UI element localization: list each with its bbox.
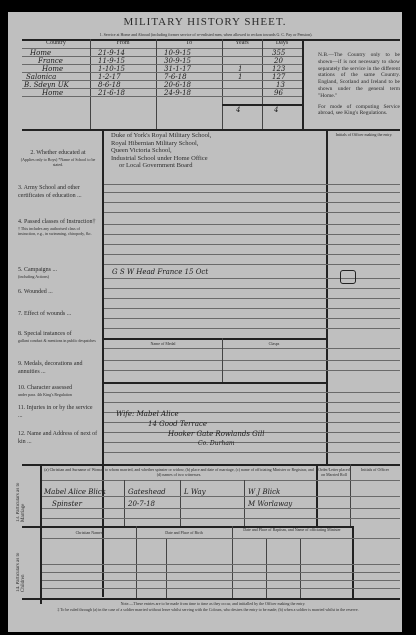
col-header-country: Country	[22, 40, 90, 46]
col-header-days: Days	[262, 40, 302, 46]
marriage-caption: (a) Christian and Surname of Woman to wh…	[44, 467, 314, 477]
next-of-kin-line2: 14 Good Terrace	[148, 420, 207, 428]
children-header-names: Christian Names	[42, 530, 136, 535]
section-4-label: 4. Passed classes of Instruction† † This…	[18, 218, 98, 236]
page-title: MILITARY HISTORY SHEET.	[8, 16, 402, 28]
nb-note: N.B.—The Country only to be shown—if is …	[318, 52, 400, 117]
total-years: 4	[236, 106, 240, 114]
next-of-kin-line3: Hooker Gate Rowlands Gill	[168, 430, 264, 438]
section1-caption: 1. Service at Home and Abroad (including…	[26, 32, 386, 37]
section-11-label: 11. Injuries in or by the service ...	[18, 404, 98, 420]
section-12-label: 12. Name and Address of next of kin ...	[18, 430, 98, 446]
marriage-side-label: 13. Particulars as to Marriage	[16, 482, 36, 522]
military-history-sheet: MILITARY HISTORY SHEET. 1. Service at Ho…	[8, 12, 402, 632]
marriage-initials-header: Initials of Officer	[352, 467, 398, 472]
children-header-birth: Date and Place of Birth	[136, 530, 232, 535]
schools-list: Duke of York's Royal Military School, Ro…	[111, 132, 211, 170]
total-days: 4	[274, 106, 278, 114]
next-of-kin-line1: Wife: Mabel Alice	[116, 410, 179, 418]
section-5-label: 5. Campaigns ... (including Actions)	[18, 266, 98, 279]
footer-footnote: ‡ To be ruled through (a) in the case of…	[38, 607, 378, 612]
section-2-label: 2. Whether educated at (Applies only to …	[18, 149, 98, 167]
children-side-label: 14. Particulars as to Children	[16, 542, 36, 592]
section-3-label: 3. Army School and other certificates of…	[18, 184, 98, 200]
footer-note: Note.—These entries are to be made from …	[48, 601, 378, 606]
medal-clasps-header: Clasps	[222, 341, 326, 346]
children-header-baptism: Date and Place of Baptism, and Name of o…	[234, 527, 350, 532]
campaign-entry: G S W Head France 15 Oct	[112, 268, 208, 276]
medal-name-header: Name of Medal	[104, 341, 222, 346]
col-header-years: Years	[222, 40, 262, 46]
officer-initials-stamp	[340, 270, 356, 284]
col-header-to: To	[156, 40, 222, 46]
col-header-from: From	[90, 40, 156, 46]
section-10-label: 10. Character assessed under para. 4th K…	[18, 384, 98, 397]
initials-header: Initials of Officer making the entry.	[330, 132, 398, 137]
section-7-label: 7. Effect of wounds ...	[18, 310, 98, 318]
married-roll-header: Order/Letter placed on Married Roll	[318, 467, 350, 477]
next-of-kin-line4: Co. Durham	[198, 440, 235, 447]
section-6-label: 6. Wounded ...	[18, 288, 98, 296]
section-9-label: 9. Medals, decorations and annuities ...	[18, 360, 98, 376]
section-8-label: 8. Special instances of gallant conduct …	[18, 330, 98, 343]
